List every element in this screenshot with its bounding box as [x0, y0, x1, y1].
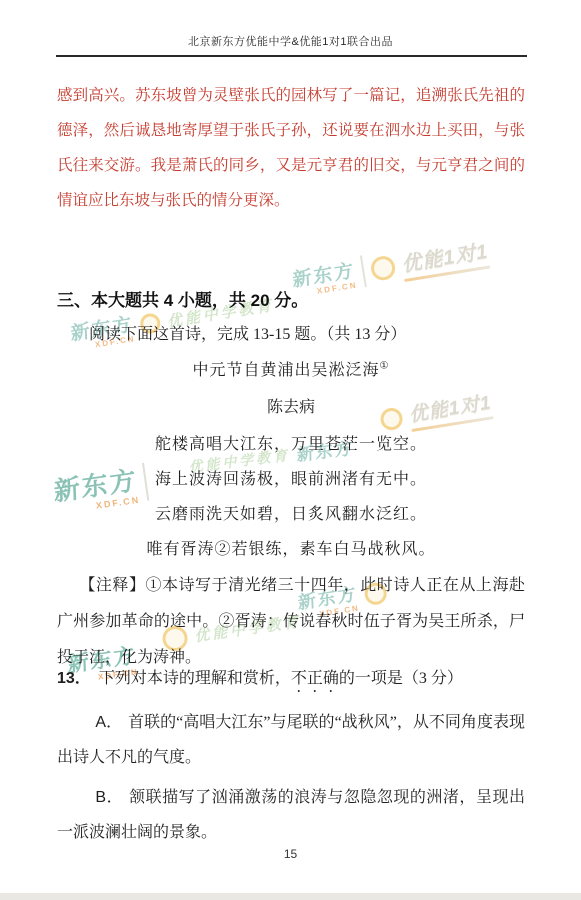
poem-line: 云磨雨洗天如碧，日炙风翻水泛红。: [57, 497, 525, 532]
poem-line: 舵楼高唱大江东，万里苍茫一览空。: [57, 427, 525, 462]
xdf-emblem-icon: [369, 254, 396, 281]
reading-instruction: 阅读下面这首诗，完成 13-15 题。（共 13 分）: [57, 321, 525, 344]
poem-title: 中元节自黄浦出吴淞泛海①: [57, 357, 525, 380]
question-stem-after: 的一项是（3 分）: [339, 670, 463, 687]
option-b: B．颔联描写了汹涌激荡的浪涛与忽隐忽现的洲渚，呈现出一派波澜壮阔的景象。: [57, 780, 525, 850]
poem-title-text: 中元节自黄浦出吴淞泛海: [193, 362, 380, 379]
option-b-text: 颔联描写了汹涌激荡的浪涛与忽隐忽现的洲渚，呈现出一派波澜壮阔的景象。: [57, 789, 525, 841]
question-stem-emphasis: 不正确: [291, 670, 339, 687]
youneng-1to1-text: 优能1对1: [399, 235, 490, 277]
watermark-divider: [360, 255, 367, 287]
poem-title-footnote: ①: [380, 361, 390, 372]
option-a-text: 首联的“高唱大江东”与尾联的“战秋风”，从不同角度表现出诗人不凡的气度。: [57, 714, 525, 766]
question-stem-before: 下列对本诗的理解和赏析，: [99, 670, 291, 687]
youneng-underline: [404, 265, 491, 282]
option-b-label: B．: [95, 789, 123, 806]
poem-body: 舵楼高唱大江东，万里苍茫一览空。 海上波涛回荡极，眼前洲渚有无中。 云磨雨洗天如…: [57, 427, 525, 567]
notes-label: 【注释】: [79, 577, 145, 594]
exam-page: 新东方 XDF.CN 优能1对1 新东方 XDF.CN 优能中学教育 优能1对1…: [0, 0, 581, 900]
question-number: 13．: [57, 670, 91, 687]
header-rule: [56, 55, 527, 57]
option-a-label: A．: [95, 714, 122, 731]
page-bottom-edge: [0, 893, 581, 900]
option-a: A．首联的“高唱大江东”与尾联的“战秋风”，从不同角度表现出诗人不凡的气度。: [57, 705, 525, 775]
header-title: 北京新东方优能中学&优能1对1联合出品: [0, 33, 581, 49]
notes-paragraph: 【注释】①本诗写于清光绪三十四年，此时诗人正在从上海赴广州参加革命的途中。②胥涛…: [57, 568, 525, 676]
question-13: 13．下列对本诗的理解和赏析，不正确的一项是（3 分）: [57, 668, 525, 696]
section-heading: 三、本大题共 4 小题，共 20 分。: [57, 286, 525, 311]
poem-line: 唯有胥涛②若银练，素车白马战秋风。: [57, 532, 525, 567]
poem-author: 陈去病: [57, 394, 525, 417]
poem-line: 海上波涛回荡极，眼前洲渚有无中。: [57, 462, 525, 497]
red-paragraph: 感到高兴。苏东坡曾为灵壁张氏的园林写了一篇记，追溯张氏先祖的德泽，然后诚恳地寄厚…: [57, 78, 525, 218]
page-number: 15: [0, 847, 581, 861]
